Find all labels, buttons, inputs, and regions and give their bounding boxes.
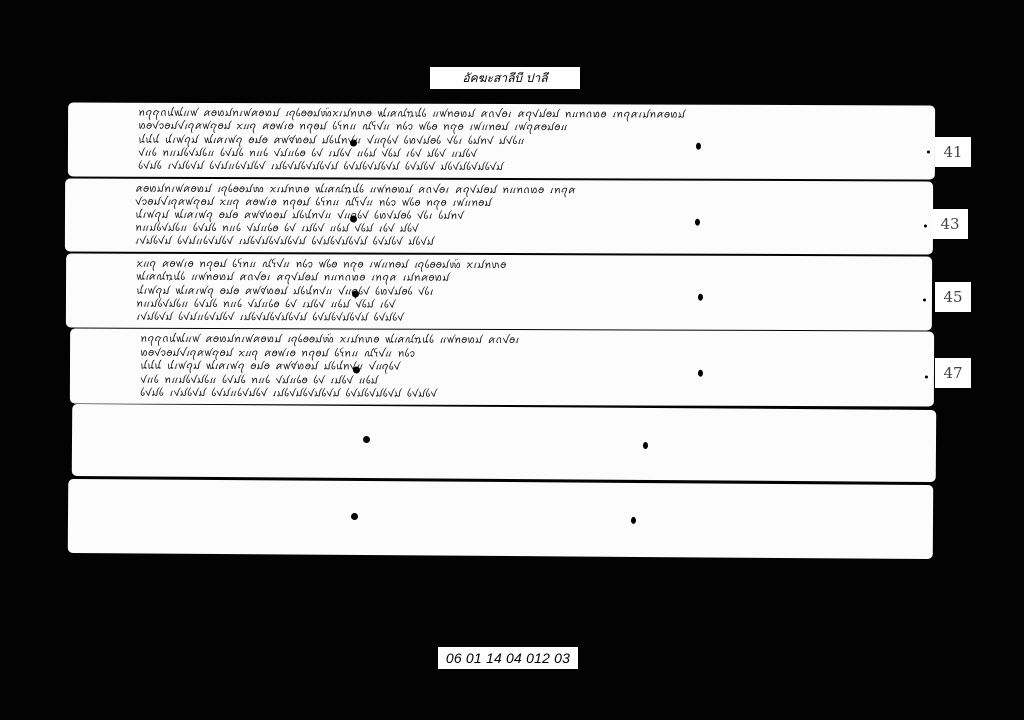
binding-hole [363, 436, 370, 443]
palm-leaf-47: ꪀꪖꪋꪒꪊꪡꪵꪝ ꪁꪮꪭꪣꪀꪹꪝꪁꪮꪭꪣ ꪹꪖꪉꪮꪮꪣꪪꪾ ꪎꪹꪣꪀꪬꪮ ꪡꪹꪁ… [70, 328, 934, 406]
binding-hole [695, 219, 700, 226]
edge-mark [923, 298, 926, 301]
binding-hole [631, 517, 636, 524]
leaf-text-block: ꪁꪮꪭꪣꪀꪹꪝꪁꪮꪭꪣ ꪹꪖꪉꪮꪮꪣꪪ ꪎꪹꪣꪀꪬꪮ ꪡꪹꪁꪄꪧꪊꪉ ꪵꪝꪀꪮꪭ… [135, 183, 863, 251]
title-label: อัคฆะสาลีบี ปาลี [430, 67, 580, 89]
script-line: ꪹꪚꪣꪉꪚꪣ ꪉꪚꪣꪵꪉꪚꪣꪉꪚ ꪹꪣꪉꪚꪣꪉꪚꪣꪉꪚꪣ ꪉꪚꪣꪉꪚꪣꪉꪚꪣ ꪉ… [136, 311, 862, 327]
edge-mark [924, 224, 927, 227]
palm-leaf-43: ꪁꪮꪭꪣꪀꪹꪝꪁꪮꪭꪣ ꪹꪖꪉꪮꪮꪣꪪ ꪎꪹꪣꪀꪬꪮ ꪡꪹꪁꪄꪧꪊꪉ ꪵꪝꪀꪮꪭ… [65, 178, 933, 254]
binding-hole [698, 370, 703, 377]
script-line: ꪹꪚꪣꪉꪚꪣ ꪉꪚꪣꪵꪉꪚꪣꪉꪚ ꪹꪣꪉꪚꪣꪉꪚꪣꪉꪚꪣ ꪉꪚꪣꪉꪚꪣꪉꪚꪣ ꪉ… [135, 235, 863, 251]
reference-code-label: 06 01 14 04 012 03 [438, 647, 578, 669]
binding-hole [698, 294, 703, 301]
binding-hole [696, 143, 701, 150]
leaf-text-block: ꪀꪖꪋꪒꪊꪡꪵꪝ ꪁꪮꪭꪣꪀꪹꪝꪁꪮꪭꪣ ꪹꪖꪉꪮꪮꪣꪪꪾ ꪎꪹꪣꪀꪬꪮ ꪡꪹꪁ… [140, 333, 864, 403]
reference-code-text: 06 01 14 04 012 03 [446, 650, 570, 666]
manuscript-scan: อัคฆะสาลีบี ปาลี ꪀꪖꪋꪒꪊꪡꪵꪝ ꪁꪮꪭꪣꪀꪹꪝꪁꪮꪭꪣ ꪹꪖ… [0, 0, 1024, 720]
binding-hole [643, 442, 648, 449]
palm-leaf-45: ꪎꪵꪖ ꪁꪮꪝꪹꪮ ꪀꪖꪮꪣ ꪉꪺꪀꪵ ꪄꪺꪜꪵ ꪀꪉꪫ ꪝꪉꪮ ꪀꪋꪮ ꪹꪝꪵ… [66, 253, 932, 330]
edge-mark [925, 375, 928, 378]
page-number-label: 41 [935, 137, 971, 167]
binding-hole [351, 513, 358, 520]
leaf-text-block: ꪎꪵꪖ ꪁꪮꪝꪹꪮ ꪀꪖꪮꪣ ꪉꪺꪀꪵ ꪄꪺꪜꪵ ꪀꪉꪫ ꪝꪉꪮ ꪀꪋꪮ ꪹꪝꪵ… [136, 258, 862, 327]
page-number-text: 45 [943, 288, 962, 306]
palm-leaf-41: ꪀꪖꪋꪒꪊꪡꪵꪝ ꪁꪮꪭꪣꪀꪹꪝꪁꪮꪭꪣ ꪹꪖꪉꪮꪮꪣꪪꪾꪎꪹꪣꪀꪬꪮ ꪡꪹꪁꪄ… [68, 102, 935, 179]
page-number-label: 47 [935, 358, 971, 388]
page-number-text: 47 [943, 364, 962, 382]
leaf-text-block: ꪀꪖꪋꪒꪊꪡꪵꪝ ꪁꪮꪭꪣꪀꪹꪝꪁꪮꪭꪣ ꪹꪖꪉꪮꪮꪣꪪꪾꪎꪹꪣꪀꪬꪮ ꪡꪹꪁꪄ… [138, 107, 865, 176]
page-number-label: 43 [932, 209, 968, 239]
binding-hole [350, 215, 357, 222]
page-number-label: 45 [935, 282, 971, 312]
page-number-text: 41 [943, 143, 962, 161]
script-line: ꪉꪚꪣꪉ ꪹꪚꪣꪉꪚꪣ ꪉꪚꪣꪵꪉꪚꪣꪉꪚ ꪹꪣꪉꪚꪣꪉꪚꪣꪉꪚꪣ ꪉꪚꪣꪉꪚꪣ… [140, 387, 864, 403]
binding-hole [353, 366, 360, 373]
binding-hole [350, 139, 357, 146]
script-line: ꪉꪚꪣꪉ ꪹꪚꪣꪉꪚꪣ ꪉꪚꪣꪵꪉꪚꪣꪉꪚ ꪹꪣꪉꪚꪣꪉꪚꪣꪉꪚꪣ ꪉꪚꪣꪉꪚꪣ… [138, 160, 865, 176]
palm-leaf-blank-1 [72, 404, 936, 482]
binding-hole [352, 290, 359, 297]
title-text: อัคฆะสาลีบี ปาลี [462, 69, 547, 88]
palm-leaf-blank-2 [68, 479, 933, 559]
edge-mark [927, 150, 930, 153]
page-number-text: 43 [940, 215, 959, 233]
